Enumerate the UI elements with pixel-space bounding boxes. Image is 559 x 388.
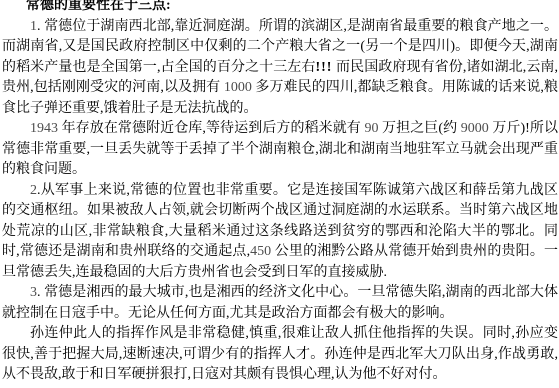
document-body: 1. 常德位于湖南西北部,靠近洞庭湖。所谓的滨湖区,是湖南省最重要的粮食产地之一… (2, 17, 558, 386)
document-heading: 常德的重要性在于三点: (2, 0, 558, 17)
emphasis-text: !!! (315, 60, 332, 75)
paragraph: 1943 年存放在常德附近仓库,等待运到后方的稻米就有 90 万担之巨(约 90… (2, 119, 558, 181)
numeral: 1943 (30, 121, 58, 136)
paragraph: 3. 常德是湘西的最大城市,也是湘西的经济文化中心。一旦常德失陷,湖南的西北部大… (2, 283, 558, 324)
numeral: 9000 (461, 121, 489, 136)
document-page: 常德的重要性在于三点: 1. 常德位于湖南西北部,靠近洞庭湖。所谓的滨湖区,是湖… (0, 0, 559, 388)
document-content: 常德的重要性在于三点: 1. 常德位于湖南西北部,靠近洞庭湖。所谓的滨湖区,是湖… (2, 0, 558, 386)
paragraph: 1. 常德位于湖南西北部,靠近洞庭湖。所谓的滨湖区,是湖南省最重要的粮食产地之一… (2, 17, 558, 120)
numeral: 90 (364, 121, 378, 136)
paragraph: 孙连仲此人的指挥作风是非常稳健,慎重,很难让敌人抓住他指挥的失误。同时,孙应变很… (2, 324, 558, 386)
numeral: 450 (250, 244, 271, 259)
numeral: 3 (30, 285, 37, 300)
paragraph: 2.从军事上来说,常德的位置也非常重要。它是连接国军陈诚第六战区和薛岳第九战区的… (2, 181, 558, 284)
numeral: 1000 (224, 80, 252, 95)
numeral: 2 (30, 183, 37, 198)
numeral: 1 (30, 19, 37, 34)
